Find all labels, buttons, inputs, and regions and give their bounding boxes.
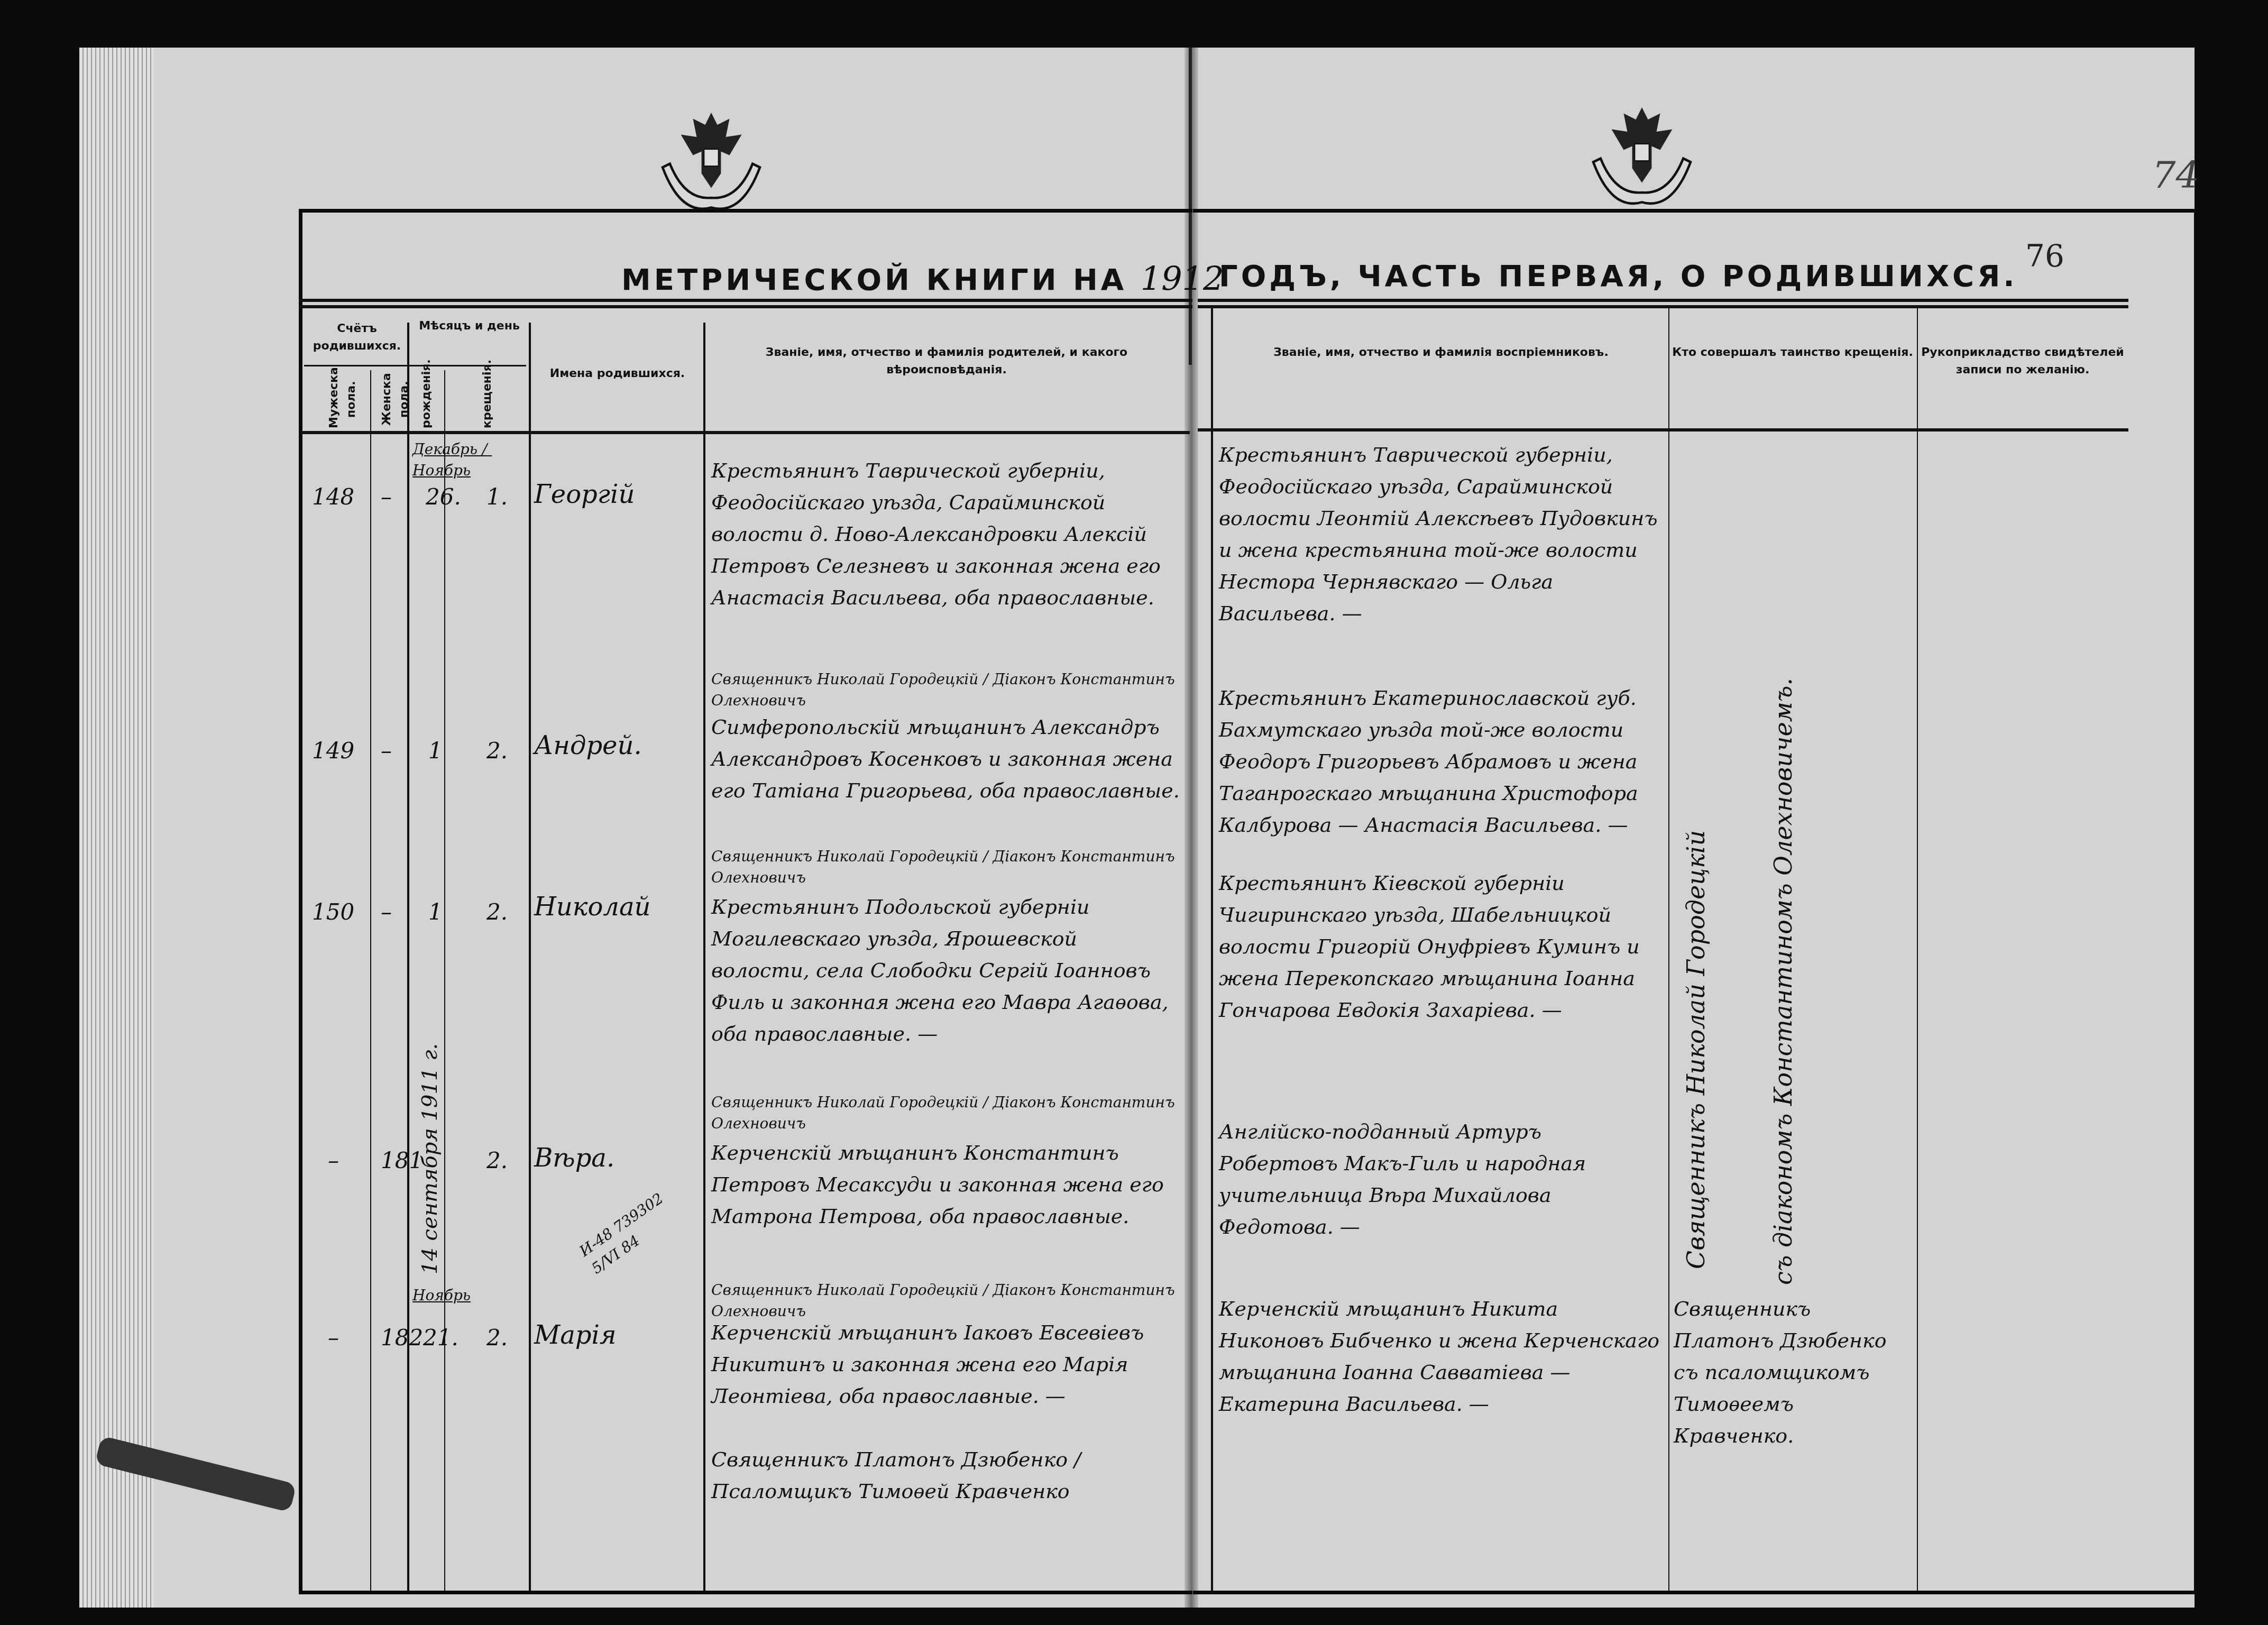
header-rule-right [1198, 299, 2128, 308]
record-child-name: Николай [534, 891, 650, 923]
col-line [370, 370, 371, 1592]
col-line [1668, 307, 1669, 1592]
record-parents: Керченскій мѣщанинъ Константинъ Петровъ … [711, 1137, 1182, 1232]
record-baptism-day: 2. [486, 1325, 508, 1351]
performed-by-vertical-line2: съ діакономъ Константиномъ Олехновичемъ. [1769, 465, 1797, 1285]
record-baptism-day: 2. [486, 1147, 508, 1173]
record-month: Декабрь / Ноябрь [412, 439, 529, 481]
record-birth-day: 1 [428, 738, 443, 764]
record-performed-by: Священникъ Платонъ Дзюбенко съ псаломщик… [1674, 1293, 1914, 1452]
header-count-group: Счётъ родившихся. [307, 320, 407, 355]
record-parents: Симферопольскій мѣщанинъ Александръ Алек… [711, 711, 1182, 806]
col-line [1917, 307, 1918, 1592]
header-names: Имена родившихся. [531, 365, 703, 382]
record-correction-note: Священникъ Николай Городецкій / Діаконъ … [711, 1280, 1182, 1322]
header-bottom-rule-right [1198, 428, 2128, 432]
col-line [444, 370, 445, 1592]
record-parents: Керченскій мѣщанинъ Іаковъ Евсевіевъ Ник… [711, 1317, 1182, 1412]
record-child-name: Марія [534, 1319, 617, 1351]
record-baptism-day: 2. [486, 899, 508, 925]
record-godparents: Крестьянинъ Таврической губерніи, Феодос… [1219, 439, 1663, 629]
record-baptism-day: 2. [486, 738, 508, 764]
record-birth-day: 1 [428, 899, 443, 925]
record-godparents: Англійско-подданный Артуръ Робертовъ Мак… [1219, 1116, 1663, 1243]
archive-page-number: 74 [2152, 153, 2199, 197]
col-line [703, 323, 705, 1592]
record-godparents: Керченскій мѣщанинъ Никита Никоновъ Бибч… [1219, 1293, 1663, 1420]
record-male-no: 150 [312, 899, 354, 925]
record-month-vertical: 14 сентября 1911 г. [418, 1052, 442, 1274]
header-birth: рожденія. [418, 370, 435, 428]
record-child-name: Георгій [534, 479, 635, 510]
record-female-no: 181 [381, 1147, 423, 1173]
record-male-no: 149 [312, 738, 354, 764]
record-female-no: – [381, 738, 392, 764]
record-child-name: Вѣра. [534, 1142, 614, 1174]
record-female-no: 182 [381, 1325, 423, 1351]
header-male: Мужеска пола. [325, 370, 360, 428]
col-line [529, 323, 531, 1592]
page-stack-edges [79, 48, 153, 1608]
record-correction-note: Священникъ Николай Городецкій / Діаконъ … [711, 1092, 1182, 1134]
header-parents: Званіе, имя, отчество и фамилія родителе… [709, 344, 1184, 379]
header-month-day: Мѣсяцъ и день [410, 317, 529, 335]
record-male-no: – [328, 1325, 339, 1351]
col-line [1211, 307, 1213, 1592]
record-birth-day: 21. [423, 1325, 458, 1351]
record-godparents: Крестьянинъ Екатеринославской губ. Бахму… [1219, 682, 1663, 841]
record-month: Ноябрь [412, 1285, 481, 1306]
header-bottom-rule-left [301, 431, 1190, 434]
double-headed-eagle-icon [1581, 95, 1703, 217]
record-birth-day: 26. [426, 484, 461, 510]
record-baptism-day: 1. [486, 484, 508, 510]
record-correction-note: Священникъ Николай Городецкій / Діаконъ … [711, 846, 1182, 888]
record-closing-signatures: Священникъ Платонъ Дзюбенко / Псаломщикъ… [711, 1444, 1182, 1507]
record-male-no: – [328, 1147, 339, 1173]
record-male-no: 148 [312, 484, 354, 510]
header-baptism: крещенія. [479, 370, 496, 428]
header-rule-left [299, 299, 1192, 308]
header-female: Женска пола. [378, 370, 413, 428]
record-parents: Крестьянинъ Таврической губерніи, Феодос… [711, 455, 1182, 613]
record-child-name: Андрей. [534, 730, 642, 761]
record-female-no: – [381, 899, 392, 925]
record-female-no: – [381, 484, 392, 510]
header-performed-by: Кто совершалъ таинство крещенія. [1671, 344, 1914, 361]
header-godparents: Званіе, имя, отчество и фамилія воспріем… [1216, 344, 1666, 361]
double-headed-eagle-icon [650, 100, 772, 222]
imperial-eagle-emblem-left [650, 100, 772, 222]
performed-by-vertical-line1: Священникъ Николай Городецкій [1682, 476, 1710, 1269]
header-witness-signatures: Рукоприкладство свидѣтелей записи по жел… [1920, 344, 2126, 379]
col-line [407, 323, 409, 1592]
imperial-eagle-emblem-right [1581, 95, 1703, 217]
record-parents: Крестьянинъ Подольской губерніи Могилевс… [711, 891, 1182, 1050]
record-godparents: Крестьянинъ Кіевской губерніи Чигиринска… [1219, 867, 1663, 1026]
record-correction-note: Священникъ Николай Городецкій / Діаконъ … [711, 669, 1182, 711]
